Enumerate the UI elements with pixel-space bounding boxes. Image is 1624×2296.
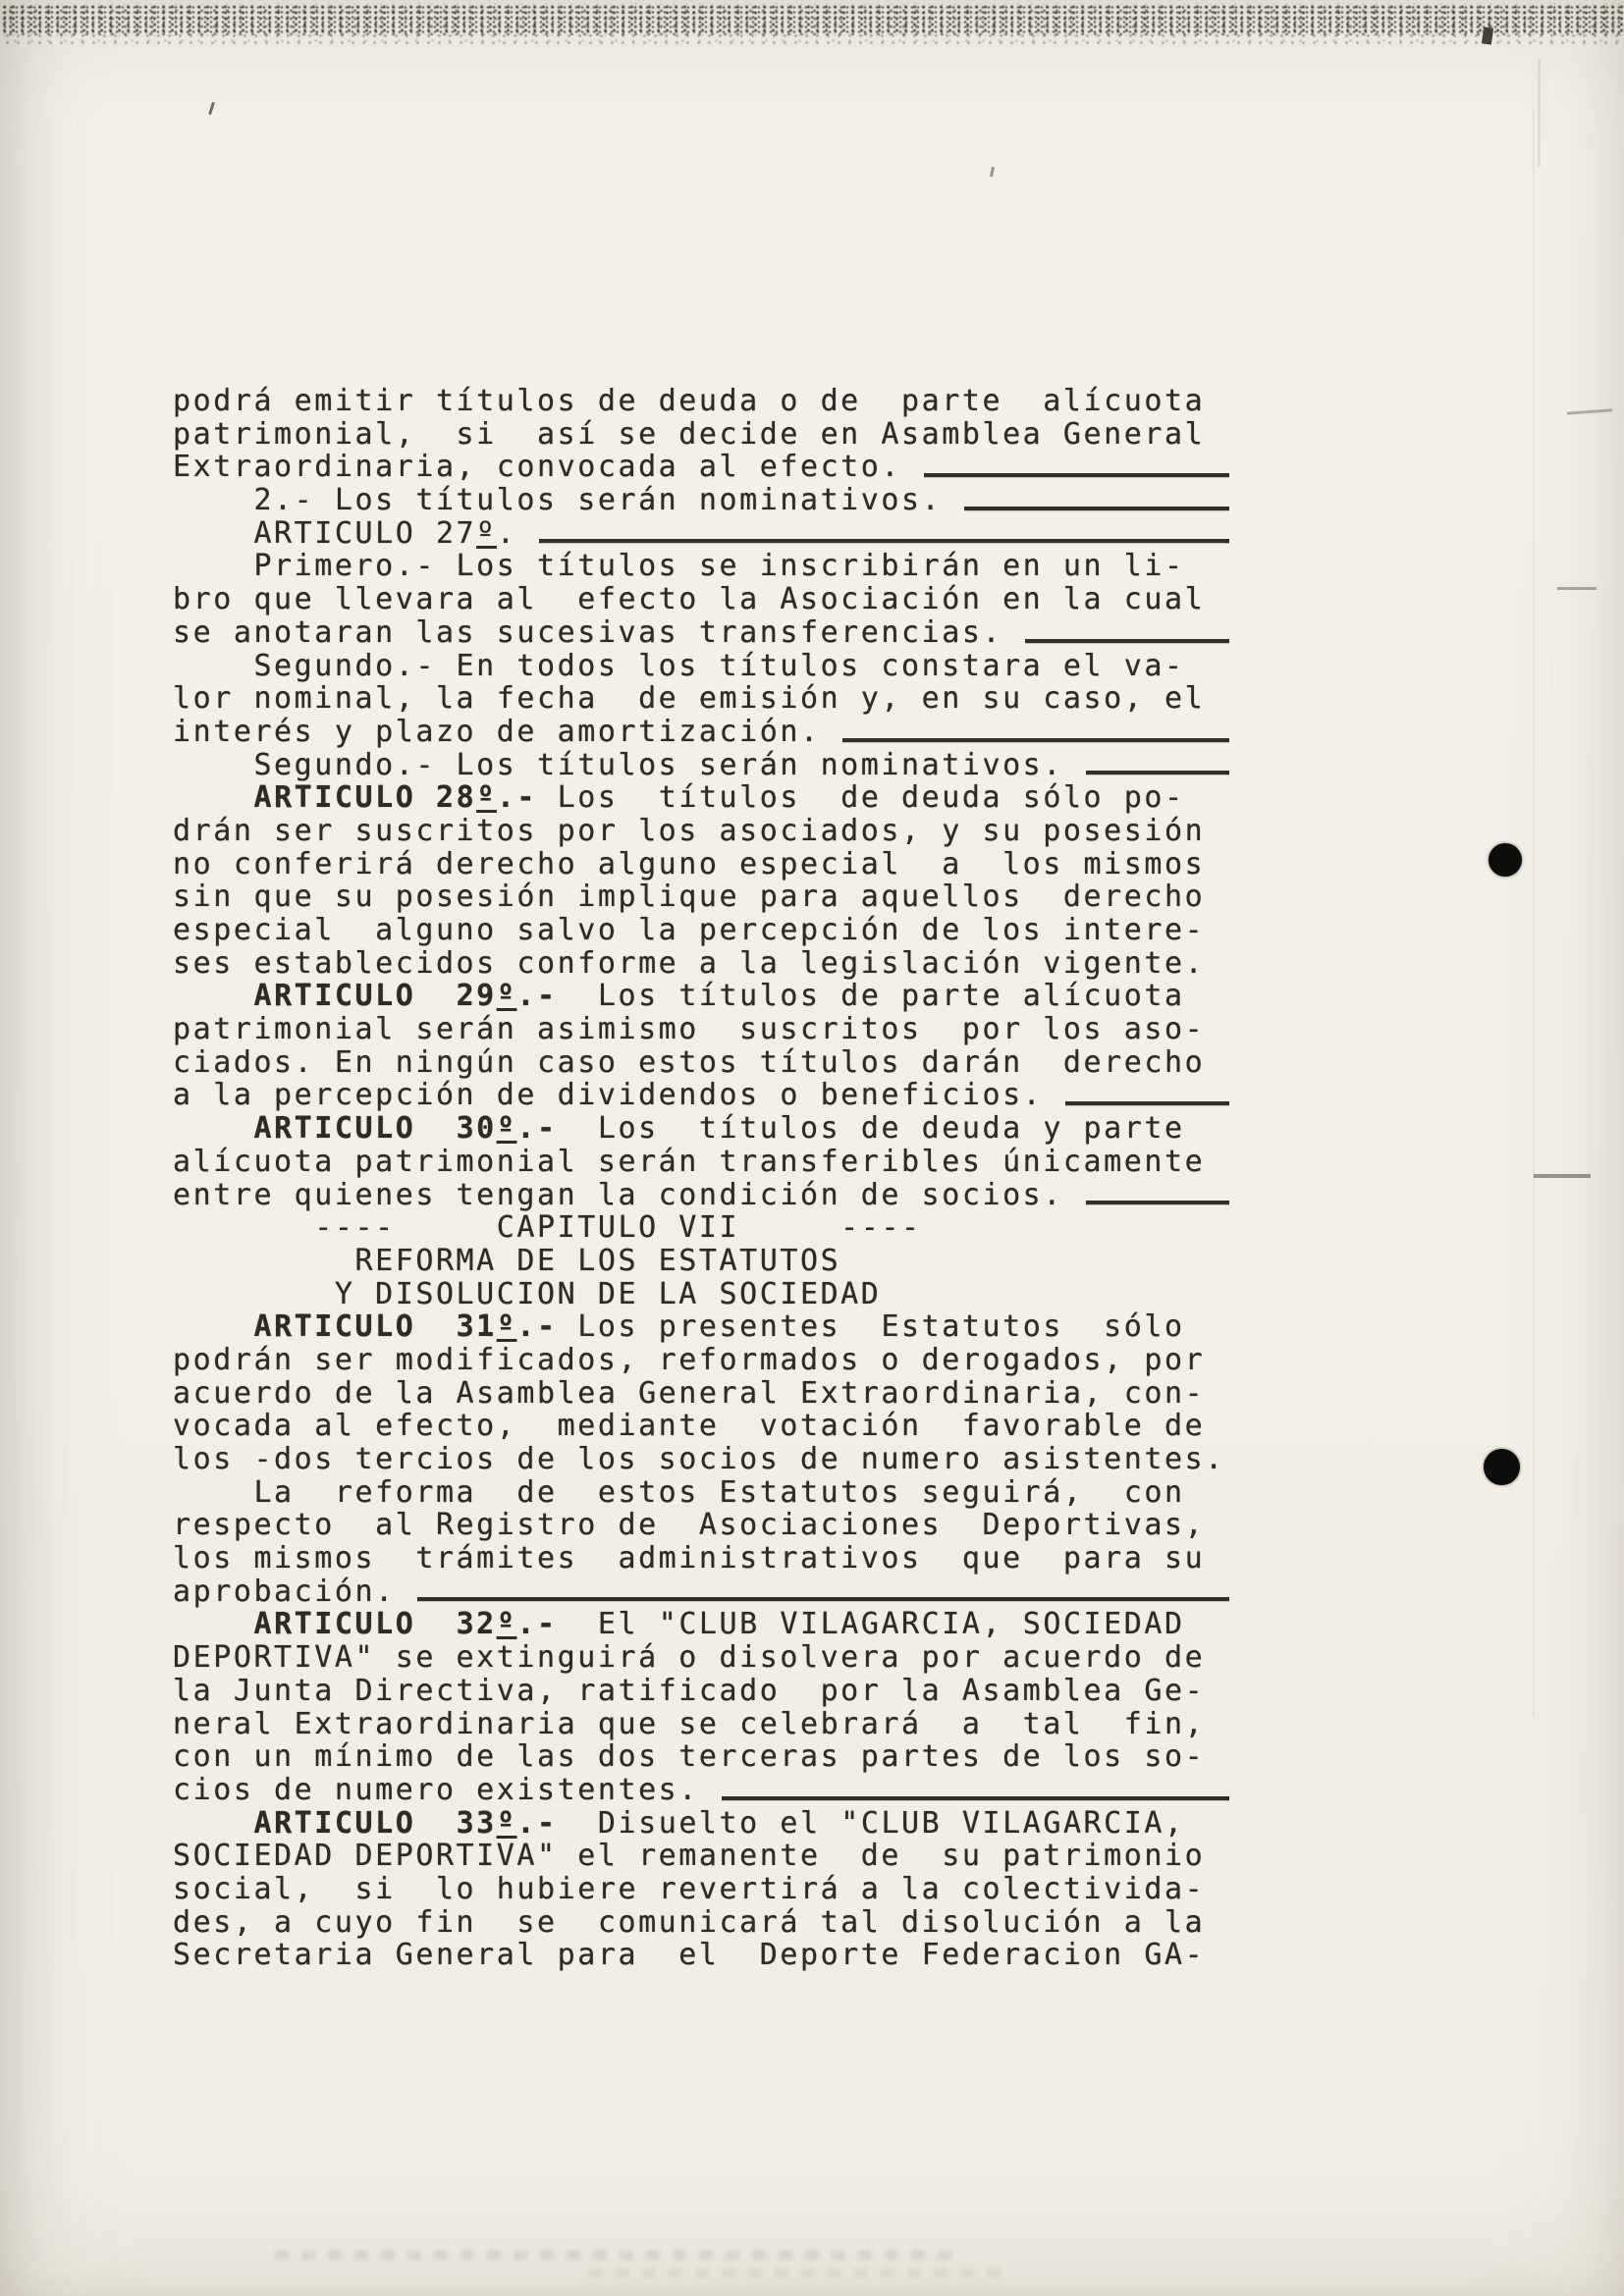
text-line: SOCIEDAD DEPORTIVA" el remanente de su p…	[173, 1840, 1229, 1873]
ordinal-indicator: º	[476, 516, 497, 551]
text-line: 2.- Los títulos serán nominativos.	[173, 484, 1229, 517]
ordinal-indicator: º	[497, 1309, 517, 1344]
typed-rule	[1086, 771, 1229, 774]
text-line: ARTICULO 33º.- Disuelto el "CLUB VILAGAR…	[173, 1807, 1229, 1841]
binder-hole-mark	[1484, 1449, 1520, 1485]
typed-rule	[1086, 1201, 1229, 1204]
text-line: bro que llevara al efecto la Asociación …	[173, 583, 1229, 616]
text-line: drán ser suscritos por los asociados, y …	[173, 815, 1229, 848]
binder-hole-mark	[1489, 843, 1522, 877]
article-heading: ARTICULO 29º.-	[253, 979, 557, 1013]
ordinal-indicator: º	[497, 979, 517, 1013]
article-heading: ARTICULO 32º.-	[253, 1607, 557, 1641]
typed-rule	[417, 1597, 1229, 1601]
text-line: cios de numero existentes.	[173, 1774, 1229, 1807]
text-line: Secretaria General para el Deporte Feder…	[173, 1939, 1229, 1972]
scanned-document-page: podrá emitir títulos de deuda o de parte…	[0, 0, 1624, 2296]
typed-rule	[924, 473, 1229, 477]
typed-rule	[539, 539, 1229, 543]
typed-rule	[964, 507, 1229, 510]
text-line: REFORMA DE LOS ESTATUTOS	[173, 1245, 1229, 1278]
text-line: acuerdo de la Asamblea General Extraordi…	[173, 1377, 1229, 1411]
text-line: neral Extraordinaria que se celebrará a …	[173, 1708, 1229, 1741]
stray-ink-mark	[990, 167, 995, 177]
text-line: des, a cuyo fin se comunicará tal disolu…	[173, 1906, 1229, 1940]
text-line: respecto al Registro de Asociaciones Dep…	[173, 1509, 1229, 1542]
text-line: DEPORTIVA" se extinguirá o disolvera por…	[173, 1641, 1229, 1675]
text-line: ARTICULO 28º.- Los títulos de deuda sólo…	[173, 781, 1229, 815]
text-line: patrimonial serán asimismo suscritos por…	[173, 1013, 1229, 1046]
article-heading: ARTICULO 33º.-	[253, 1806, 557, 1841]
article-heading: ARTICULO 31º.-	[253, 1309, 557, 1344]
text-line: lor nominal, la fecha de emisión y, en s…	[173, 682, 1229, 716]
text-line: ARTICULO 27º.	[173, 517, 1229, 551]
text-line: con un mínimo de las dos terceras partes…	[173, 1740, 1229, 1774]
typed-rule	[722, 1796, 1229, 1800]
text-line: Extraordinaria, convocada al efecto.	[173, 451, 1229, 484]
text-line: los mismos trámites administrativos que …	[173, 1542, 1229, 1575]
text-line: Segundo.- En todos los títulos constara …	[173, 650, 1229, 683]
faint-smudge	[589, 2268, 1001, 2277]
text-line: los -dos tercios de los socios de numero…	[173, 1443, 1229, 1476]
typed-rule	[1065, 1101, 1229, 1105]
ordinal-indicator: º	[497, 1806, 517, 1841]
faint-smudge	[275, 2250, 962, 2260]
text-line: ARTICULO 29º.- Los títulos de parte alíc…	[173, 980, 1229, 1013]
text-line: Primero.- Los títulos se inscribirán en …	[173, 550, 1229, 583]
text-line: aprobación.	[173, 1575, 1229, 1609]
scan-noise-fringe	[0, 32, 1624, 47]
text-line: especial alguno salvo la percepción de l…	[173, 914, 1229, 947]
typed-rule	[842, 738, 1229, 742]
text-line: podrá emitir títulos de deuda o de parte…	[173, 385, 1229, 418]
text-line: se anotaran las sucesivas transferencias…	[173, 616, 1229, 650]
text-line: ARTICULO 31º.- Los presentes Estatutos s…	[173, 1310, 1229, 1344]
margin-scan-line	[1538, 59, 1541, 167]
stray-ink-mark	[1534, 1174, 1591, 1178]
text-block: podrá emitir títulos de deuda o de parte…	[173, 385, 1229, 1972]
text-line: ARTICULO 30º.- Los títulos de deuda y pa…	[173, 1112, 1229, 1146]
article-heading: ARTICULO 28º.-	[253, 780, 537, 815]
text-line: no conferirá derecho alguno especial a l…	[173, 848, 1229, 881]
text-line: ciados. En ningún caso estos títulos dar…	[173, 1046, 1229, 1080]
text-line: ---- CAPITULO VII ----	[173, 1211, 1229, 1245]
text-line: interés y plazo de amortización.	[173, 716, 1229, 749]
text-line: podrán ser modificados, reformados o der…	[173, 1344, 1229, 1377]
article-heading: ARTICULO 30º.-	[253, 1111, 557, 1146]
text-line: Segundo.- Los títulos serán nominativos.	[173, 749, 1229, 782]
ordinal-indicator: º	[497, 1607, 517, 1641]
text-line: la Junta Directiva, ratificado por la As…	[173, 1675, 1229, 1708]
margin-scan-line	[1533, 108, 1535, 1718]
text-line: patrimonial, si así se decide en Asamble…	[173, 418, 1229, 452]
scan-noise-band	[0, 4, 1624, 35]
text-line: entre quienes tengan la condición de soc…	[173, 1179, 1229, 1212]
text-line: vocada al efecto, mediante votación favo…	[173, 1410, 1229, 1443]
text-line: ARTICULO 32º.- El "CLUB VILAGARCIA, SOCI…	[173, 1608, 1229, 1641]
text-line: a la percepción de dividendos o benefici…	[173, 1079, 1229, 1112]
ordinal-indicator: º	[497, 1111, 517, 1146]
ordinal-indicator: º	[476, 780, 497, 815]
stray-ink-mark	[208, 102, 215, 115]
stray-ink-mark	[1557, 587, 1597, 590]
text-line: ses establecidos conforme a la legislaci…	[173, 947, 1229, 981]
text-line: Y DISOLUCION DE LA SOCIEDAD	[173, 1278, 1229, 1311]
stray-ink-mark	[1567, 408, 1612, 414]
text-line: alícuota patrimonial serán transferibles…	[173, 1146, 1229, 1179]
text-line: La reforma de estos Estatutos seguirá, c…	[173, 1476, 1229, 1510]
typed-rule	[1025, 639, 1229, 643]
text-line: social, si lo hubiere revertirá a la col…	[173, 1873, 1229, 1906]
text-line: sin que su posesión implique para aquell…	[173, 881, 1229, 914]
